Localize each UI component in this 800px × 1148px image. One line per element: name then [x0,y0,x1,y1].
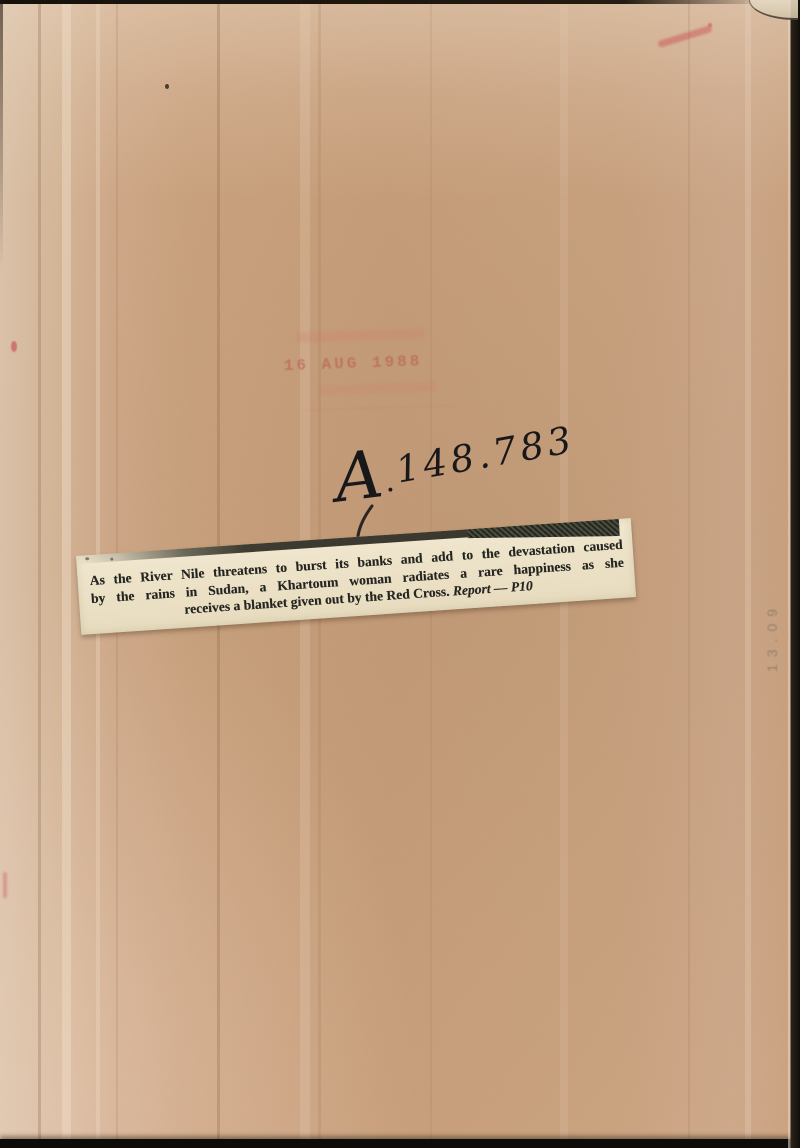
caption-report-ref: Report — P10 [452,578,533,598]
corner-curl [749,0,798,20]
pencil-note: 13.09 [764,472,780,672]
red-dash-left-edge [3,872,7,898]
handwritten-number: 148.783 [393,418,579,492]
handwritten-letter: A [331,441,386,512]
red-mark-left [11,341,17,352]
scan-bottom-edge [0,1139,800,1148]
stamp-faded-line [297,328,425,342]
stamp-date-text: 16 AUG 1988 [284,351,465,375]
red-crayon-smudge [657,25,713,48]
photo-verso-scan: 16 AUG 1988 A.148.783 As the River Nile … [0,0,800,1148]
stamp-faded-line [305,404,455,411]
scan-top-edge [0,0,800,4]
photo-right-edge [788,0,800,1148]
photo-left-edge [0,0,3,270]
paper-streak [688,0,690,1148]
red-crayon-dot [708,23,712,27]
dust-speck [165,84,169,89]
handwritten-id: A.148.783 [331,417,580,512]
paper-streak [745,0,751,1148]
paper-streak [38,0,41,1148]
stamp-faded-line [319,382,437,395]
paper-streak [62,0,71,1148]
date-stamp: 16 AUG 1988 [283,327,466,412]
